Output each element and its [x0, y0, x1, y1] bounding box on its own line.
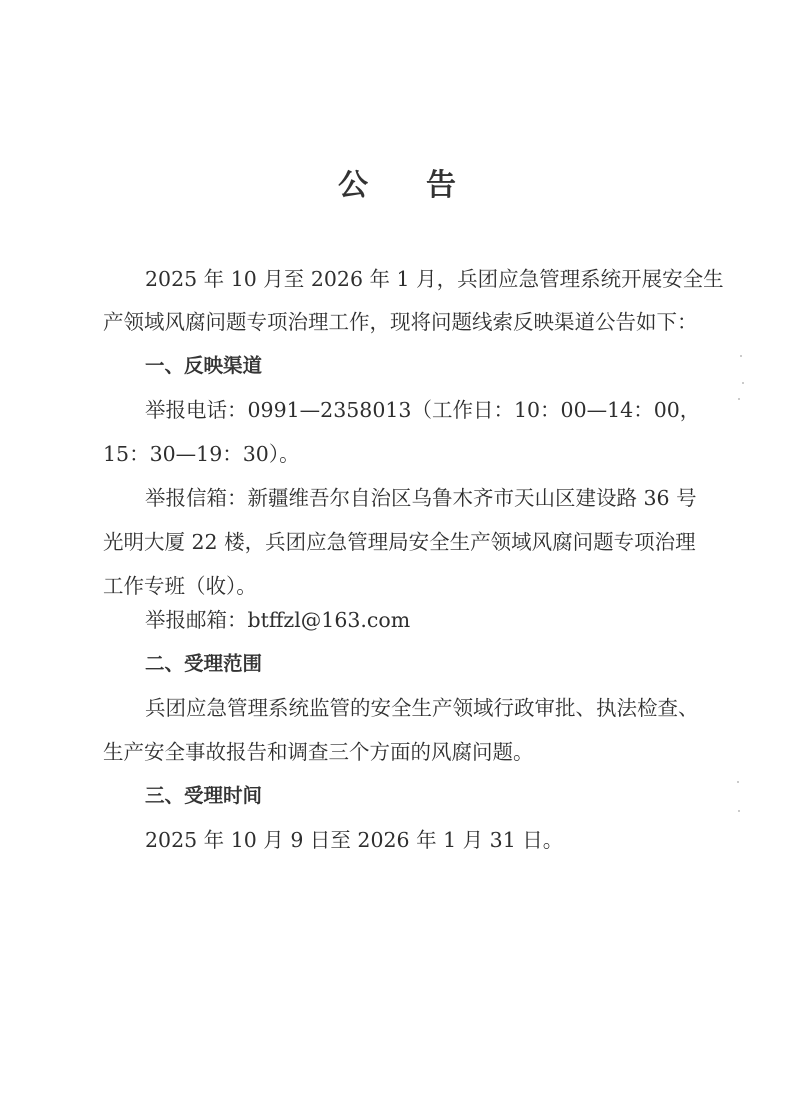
document-page: 公告 2025 年 10 月至 2026 年 1 月，兵团应急管理系统开展安全生… [0, 0, 794, 1107]
scan-speck [738, 398, 740, 400]
mailbox-line-3: 工作专班（收）。 [103, 572, 733, 600]
scope-line-1: 兵团应急管理系统监管的安全生产领域行政审批、执法检查、 [103, 694, 775, 722]
intro-line-1: 2025 年 10 月至 2026 年 1 月，兵团应急管理系统开展安全生 [103, 265, 775, 293]
scan-speck [740, 355, 742, 357]
hotline-line-1: 举报电话：0991—2358013（工作日：10：00—14：00， [103, 396, 775, 424]
section-heading-time: 三、受理时间 [103, 782, 775, 810]
email-line: 举报邮箱：btffzl@163.com [103, 606, 775, 634]
mailbox-line-2: 光明大厦 22 楼，兵团应急管理局安全生产领域风腐问题专项治理 [103, 528, 733, 556]
time-line: 2025 年 10 月 9 日至 2026 年 1 月 31 日。 [103, 826, 775, 854]
scan-speck [737, 781, 739, 783]
scan-speck [742, 382, 744, 384]
document-title: 公告 [0, 160, 794, 204]
hotline-line-2: 15：30—19：30）。 [103, 440, 733, 468]
scan-speck [738, 810, 740, 812]
section-heading-scope: 二、受理范围 [103, 650, 775, 678]
mailbox-line-1: 举报信箱：新疆维吾尔自治区乌鲁木齐市天山区建设路 36 号 [103, 484, 775, 512]
section-heading-channels: 一、反映渠道 [103, 352, 775, 380]
scope-line-2: 生产安全事故报告和调查三个方面的风腐问题。 [103, 738, 733, 766]
intro-line-2: 产领域风腐问题专项治理工作，现将问题线索反映渠道公告如下： [103, 308, 733, 336]
